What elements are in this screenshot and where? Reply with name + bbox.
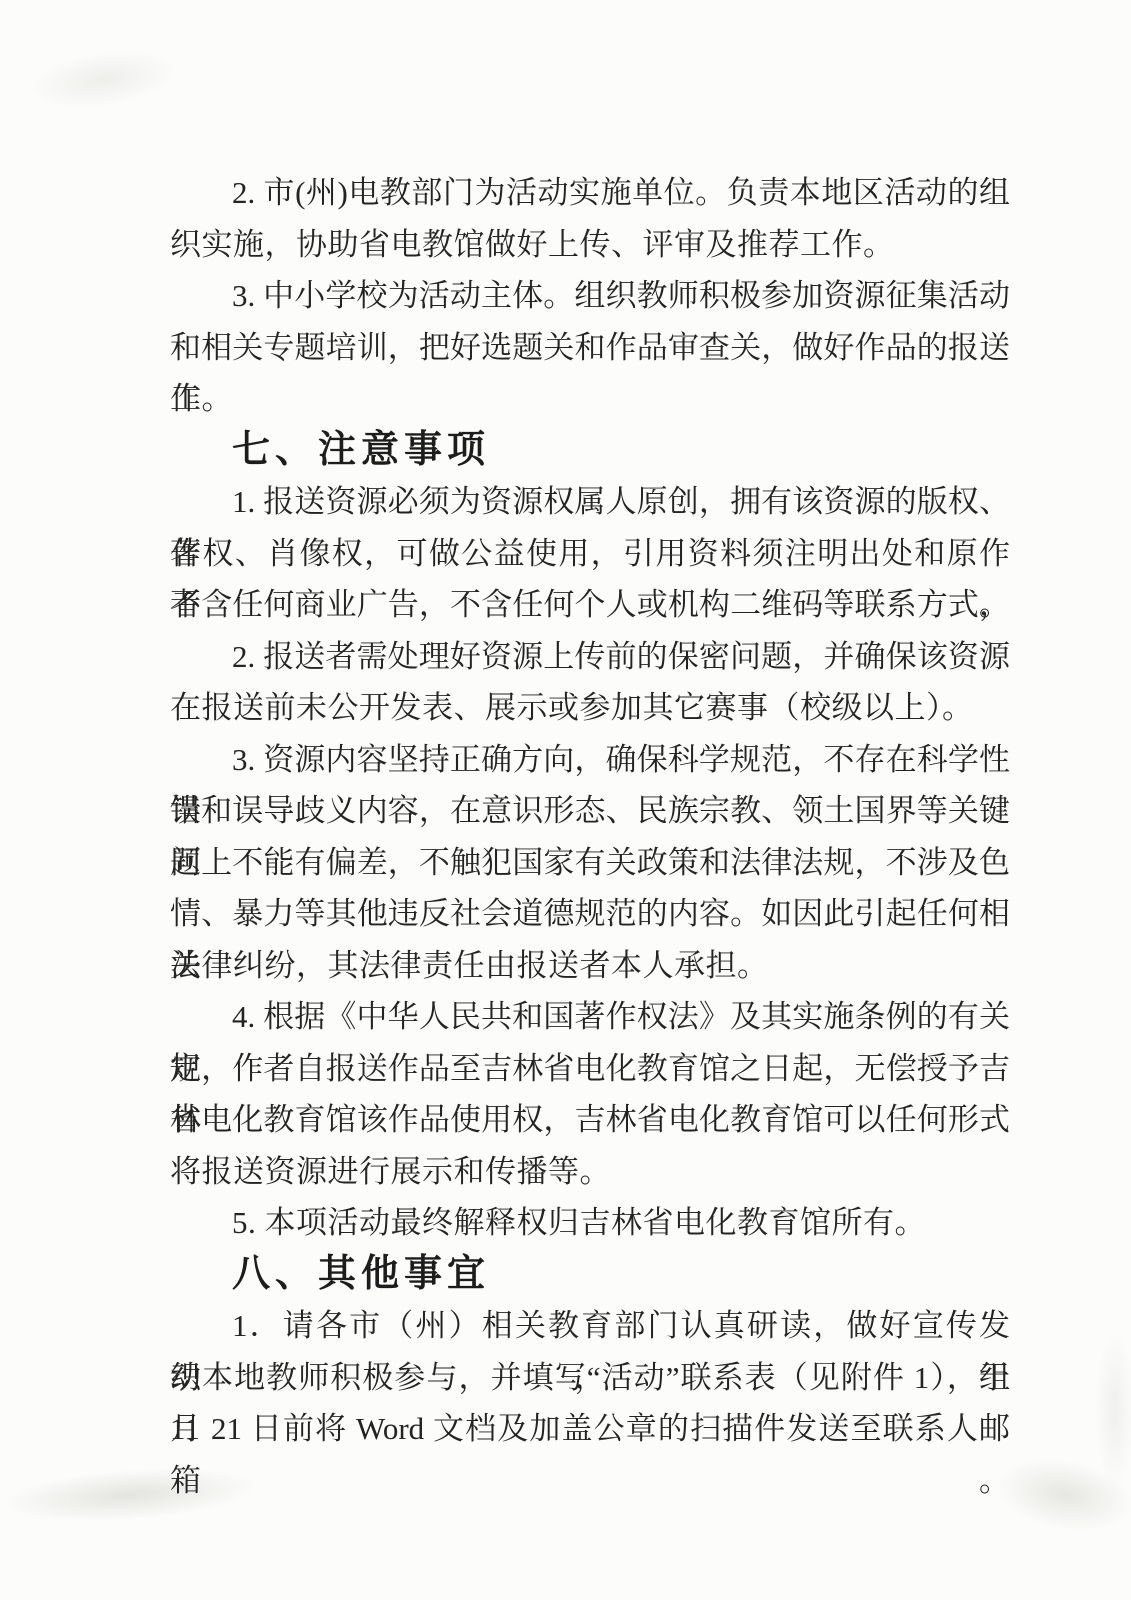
section-heading: 八、其他事宜 (170, 1249, 1010, 1301)
text-line: 省电化教育馆该作品使用权，吉林省电化教育馆可以任何形式 (170, 1094, 1010, 1146)
text-line: 作。 (170, 373, 1010, 425)
text-line: 3. 资源内容坚持正确方向，确保科学规范，不存在科学性错 (170, 734, 1010, 786)
text-line: 月 21 日前将 Word 文档及加盖公章的扫描件发送至联系人邮箱。 (170, 1403, 1010, 1455)
text-line: 4. 根据《中华人民共和国著作权法》及其实施条例的有关规 (170, 991, 1010, 1043)
section-heading: 七、注意事项 (170, 425, 1010, 477)
text-line: 定，作者自报送作品至吉林省电化教育馆之日起，无偿授予吉林 (170, 1043, 1010, 1095)
text-line: 1. 报送资源必须为资源权属人原创，拥有该资源的版权、著 (170, 476, 1010, 528)
text-line: 3. 中小学校为活动主体。组织教师积极参加资源征集活动 (170, 270, 1010, 322)
text-line: 织实施，协助省电教馆做好上传、评审及推荐工作。 (170, 219, 1010, 271)
text-line: 将报送资源进行展示和传播等。 (170, 1146, 1010, 1198)
scan-smudge (25, 42, 181, 117)
text-line: 和相关专题培训，把好选题关和作品审查关，做好作品的报送工 (170, 322, 1010, 374)
text-line: 5. 本项活动最终解释权归吉林省电化教育馆所有。 (170, 1197, 1010, 1249)
scan-smudge (990, 1448, 1131, 1541)
text-line: 不含任何商业广告，不含任何个人或机构二维码等联系方式。 (170, 579, 1010, 631)
text-line: 法律纠纷，其法律责任由报送者本人承担。 (170, 940, 1010, 992)
text-line: 1．请各市（州）相关教育部门认真研读，做好宣传发动，组 (170, 1300, 1010, 1352)
text-line: 织本地教师积极参与，并填写“活动”联系表（见附件 1），于 11 (170, 1352, 1010, 1404)
text-line: 2. 市(州)电教部门为活动实施单位。负责本地区活动的组 (170, 167, 1010, 219)
text-line: 误和误导歧义内容，在意识形态、民族宗教、领土国界等关键问 (170, 785, 1010, 837)
text-line: 题上不能有偏差，不触犯国家有关政策和法律法规，不涉及色 (170, 837, 1010, 889)
document-body: 2. 市(州)电教部门为活动实施单位。负责本地区活动的组织实施，协助省电教馆做好… (170, 167, 1010, 1455)
document-page: 2. 市(州)电教部门为活动实施单位。负责本地区活动的组织实施，协助省电教馆做好… (0, 0, 1131, 1600)
text-line: 2. 报送者需处理好资源上传前的保密问题，并确保该资源 (170, 631, 1010, 683)
text-line: 作权、肖像权，可做公益使用，引用资料须注明出处和原作者， (170, 528, 1010, 580)
scan-smudge (1095, 1330, 1131, 1490)
text-line: 在报送前未公开发表、展示或参加其它赛事（校级以上）。 (170, 682, 1010, 734)
text-line: 情、暴力等其他违反社会道德规范的内容。如因此引起任何相关 (170, 888, 1010, 940)
